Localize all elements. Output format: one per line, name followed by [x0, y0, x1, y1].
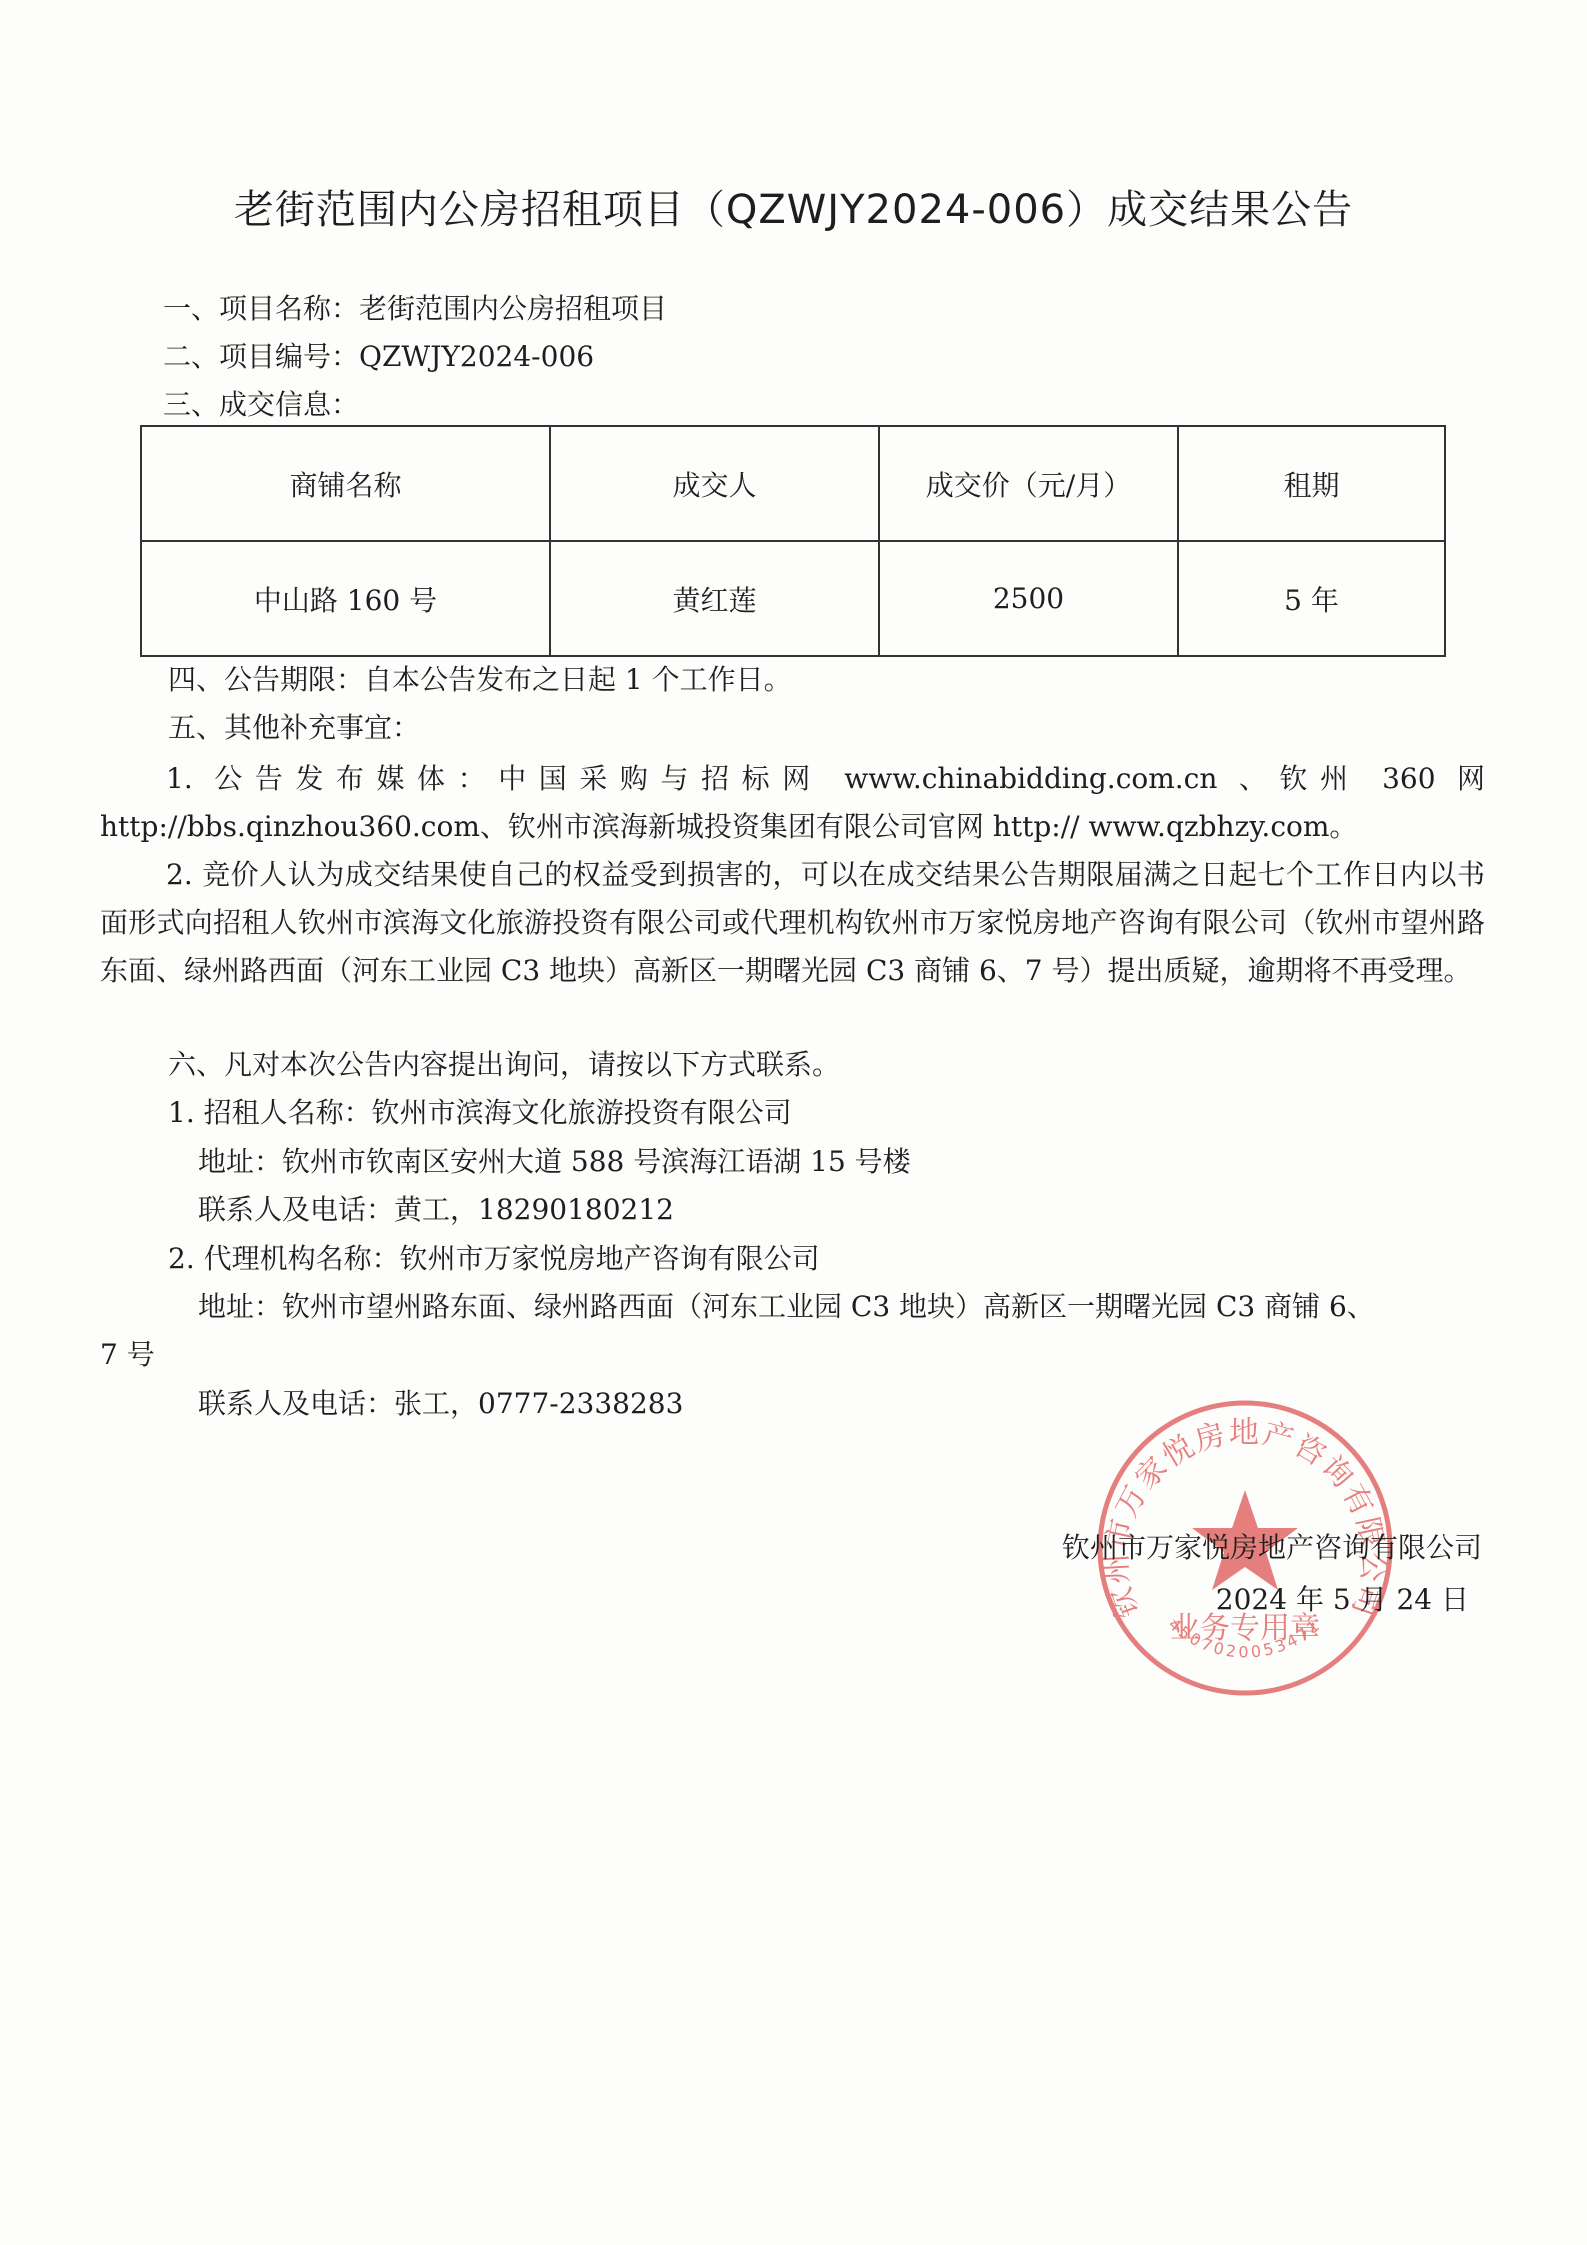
project-name-value: 老街范围内公房招租项目: [359, 292, 667, 325]
contact-heading: 六、凡对本次公告内容提出询问，请按以下方式联系。: [168, 1045, 840, 1085]
deal-table: 商铺名称 成交人 成交价（元/月） 租期 中山路 160 号 黄红莲 2500 …: [140, 425, 1446, 657]
project-number-label: 二、项目编号：: [163, 340, 359, 373]
project-name-line: 一、项目名称：老街范围内公房招租项目: [163, 289, 667, 329]
objection-paragraph: 2. 竞价人认为成交结果使自己的权益受到损害的，可以在成交结果公告期限届满之日起…: [100, 851, 1485, 995]
project-number-value: QZWJY2024-006: [359, 340, 594, 373]
media-paragraph: 1. 公告发布媒体：中国采购与招标网 www.chinabidding.com.…: [100, 755, 1485, 851]
header-price: 成交价（元/月）: [879, 426, 1178, 541]
cell-winner: 黄红莲: [550, 541, 879, 656]
project-number-line: 二、项目编号：QZWJY2024-006: [163, 337, 594, 377]
other-matters-heading: 五、其他补充事宜：: [168, 708, 420, 748]
agent-name: 2. 代理机构名称：钦州市万家悦房地产咨询有限公司: [168, 1239, 820, 1279]
notice-period-line: 四、公告期限：自本公告发布之日起 1 个工作日。: [168, 660, 792, 700]
deal-info-heading: 三、成交信息：: [163, 385, 359, 425]
lessor-address: 地址：钦州市钦南区安州大道 588 号滨海江语湖 15 号楼: [198, 1142, 911, 1182]
notice-period-label: 四、公告期限：: [168, 663, 364, 696]
agent-address-line2: 7 号: [100, 1335, 155, 1375]
notice-period-value: 自本公告发布之日起 1 个工作日。: [364, 663, 792, 696]
lessor-contact: 联系人及电话：黄工，18290180212: [198, 1190, 674, 1230]
signature-date: 2024 年 5 月 24 日: [1216, 1580, 1469, 1620]
table-header-row: 商铺名称 成交人 成交价（元/月） 租期: [141, 426, 1445, 541]
agent-address-line1: 地址：钦州市望州路东面、绿州路西面（河东工业园 C3 地块）高新区一期曙光园 C…: [198, 1287, 1375, 1327]
lessor-name: 1. 招租人名称：钦州市滨海文化旅游投资有限公司: [168, 1093, 792, 1133]
cell-price: 2500: [879, 541, 1178, 656]
project-name-label: 一、项目名称：: [163, 292, 359, 325]
header-lease-term: 租期: [1178, 426, 1445, 541]
signature-company: 钦州市万家悦房地产咨询有限公司: [1062, 1528, 1482, 1568]
svg-text:4507020053471: 4507020053471: [1165, 1614, 1326, 1661]
header-shop-name: 商铺名称: [141, 426, 550, 541]
cell-lease-term: 5 年: [1178, 541, 1445, 656]
document-page: 老街范围内公房招租项目（QZWJY2024-006）成交结果公告 一、项目名称：…: [0, 0, 1587, 2245]
header-winner: 成交人: [550, 426, 879, 541]
cell-shop-name: 中山路 160 号: [141, 541, 550, 656]
agent-contact: 联系人及电话：张工，0777-2338283: [198, 1384, 683, 1424]
table-row: 中山路 160 号 黄红莲 2500 5 年: [141, 541, 1445, 656]
page-title: 老街范围内公房招租项目（QZWJY2024-006）成交结果公告: [0, 178, 1587, 235]
